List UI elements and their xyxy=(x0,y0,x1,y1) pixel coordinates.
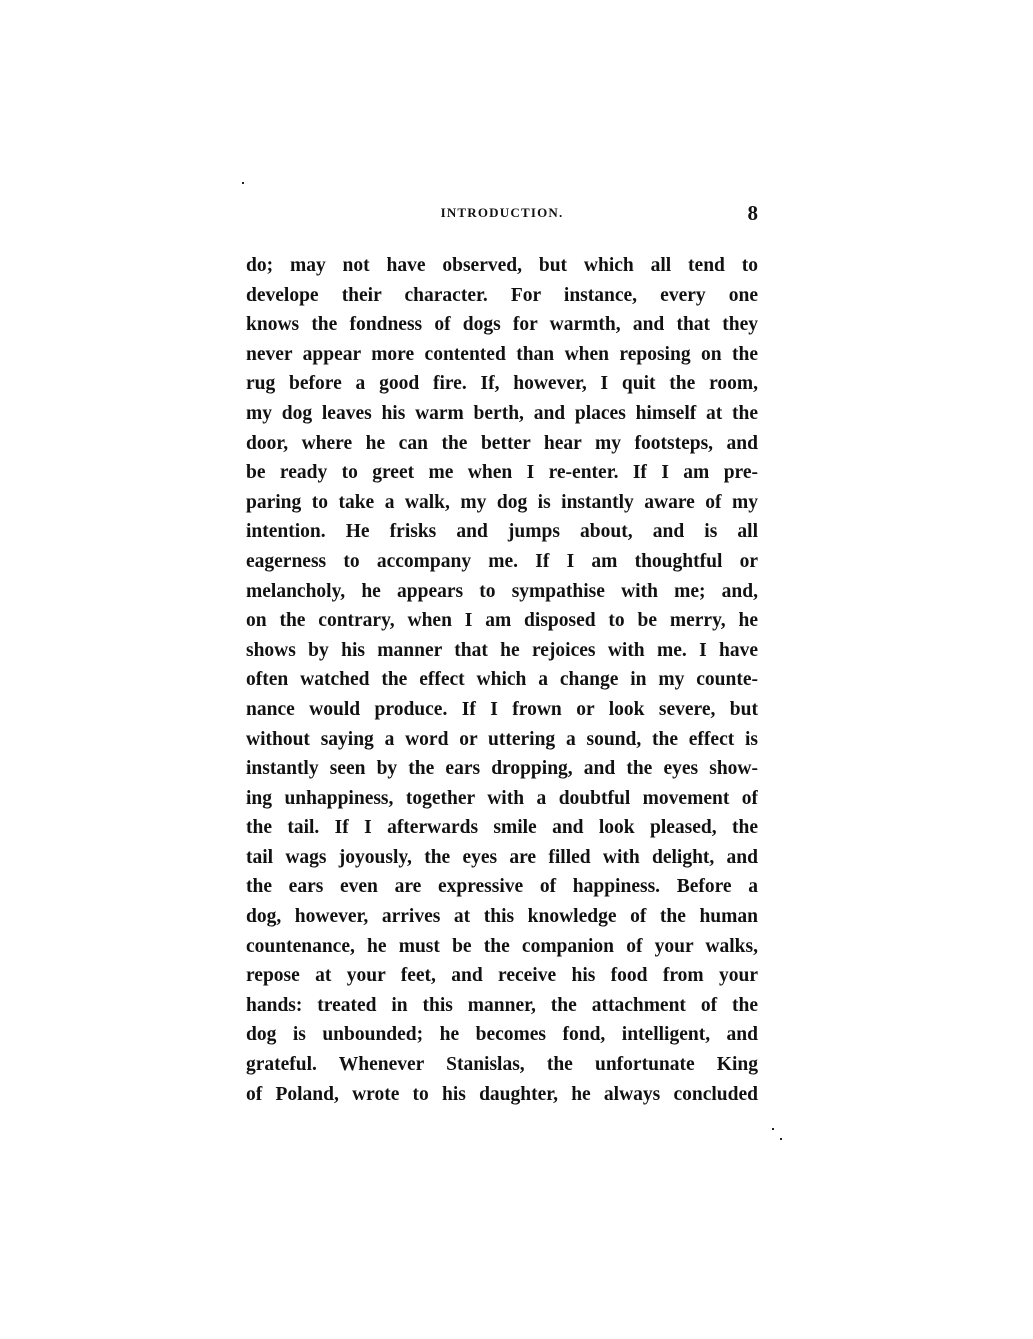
text-line: develope their character. For instance, … xyxy=(246,281,758,311)
text-line: paring to take a walk, my dog is instant… xyxy=(246,488,758,518)
text-line: of Poland, wrote to his daughter, he alw… xyxy=(246,1080,758,1110)
text-line: never appear more contented than when re… xyxy=(246,340,758,370)
text-line: dog is unbounded; he becomes fond, intel… xyxy=(246,1020,758,1050)
page-number: 8 xyxy=(748,201,759,226)
text-line: door, where he can the better hear my fo… xyxy=(246,429,758,459)
running-header: INTRODUCTION. 8 xyxy=(246,203,758,227)
text-line: the tail. If I afterwards smile and look… xyxy=(246,813,758,843)
scan-speck xyxy=(772,1128,774,1130)
text-line: nance would produce. If I frown or look … xyxy=(246,695,758,725)
text-line: countenance, he must be the companion of… xyxy=(246,932,758,962)
text-line: ing unhappiness, together with a doubtfu… xyxy=(246,784,758,814)
scan-speck xyxy=(242,182,244,184)
scan-speck xyxy=(780,1138,782,1140)
text-line: intention. He frisks and jumps about, an… xyxy=(246,517,758,547)
text-line: the ears even are expressive of happines… xyxy=(246,872,758,902)
text-line: rug before a good fire. If, however, I q… xyxy=(246,369,758,399)
text-line: do; may not have observed, but which all… xyxy=(246,251,758,281)
text-line: dog, however, arrives at this knowledge … xyxy=(246,902,758,932)
text-line: without saying a word or uttering a soun… xyxy=(246,725,758,755)
text-line: instantly seen by the ears dropping, and… xyxy=(246,754,758,784)
text-line: my dog leaves his warm berth, and places… xyxy=(246,399,758,429)
text-line: on the contrary, when I am disposed to b… xyxy=(246,606,758,636)
text-line: hands: treated in this manner, the attac… xyxy=(246,991,758,1021)
book-page: INTRODUCTION. 8 do; may not have observe… xyxy=(0,0,1033,1339)
text-line: shows by his manner that he rejoices wit… xyxy=(246,636,758,666)
running-head-title: INTRODUCTION. xyxy=(246,205,758,221)
text-line: often watched the effect which a change … xyxy=(246,665,758,695)
text-line: be ready to greet me when I re-enter. If… xyxy=(246,458,758,488)
text-line: melancholy, he appears to sympathise wit… xyxy=(246,577,758,607)
body-paragraph: do; may not have observed, but which all… xyxy=(246,251,758,1109)
text-line: knows the fondness of dogs for warmth, a… xyxy=(246,310,758,340)
text-line: repose at your feet, and receive his foo… xyxy=(246,961,758,991)
text-line: eagerness to accompany me. If I am thoug… xyxy=(246,547,758,577)
text-line: tail wags joyously, the eyes are filled … xyxy=(246,843,758,873)
text-line: grateful. Whenever Stanislas, the unfort… xyxy=(246,1050,758,1080)
